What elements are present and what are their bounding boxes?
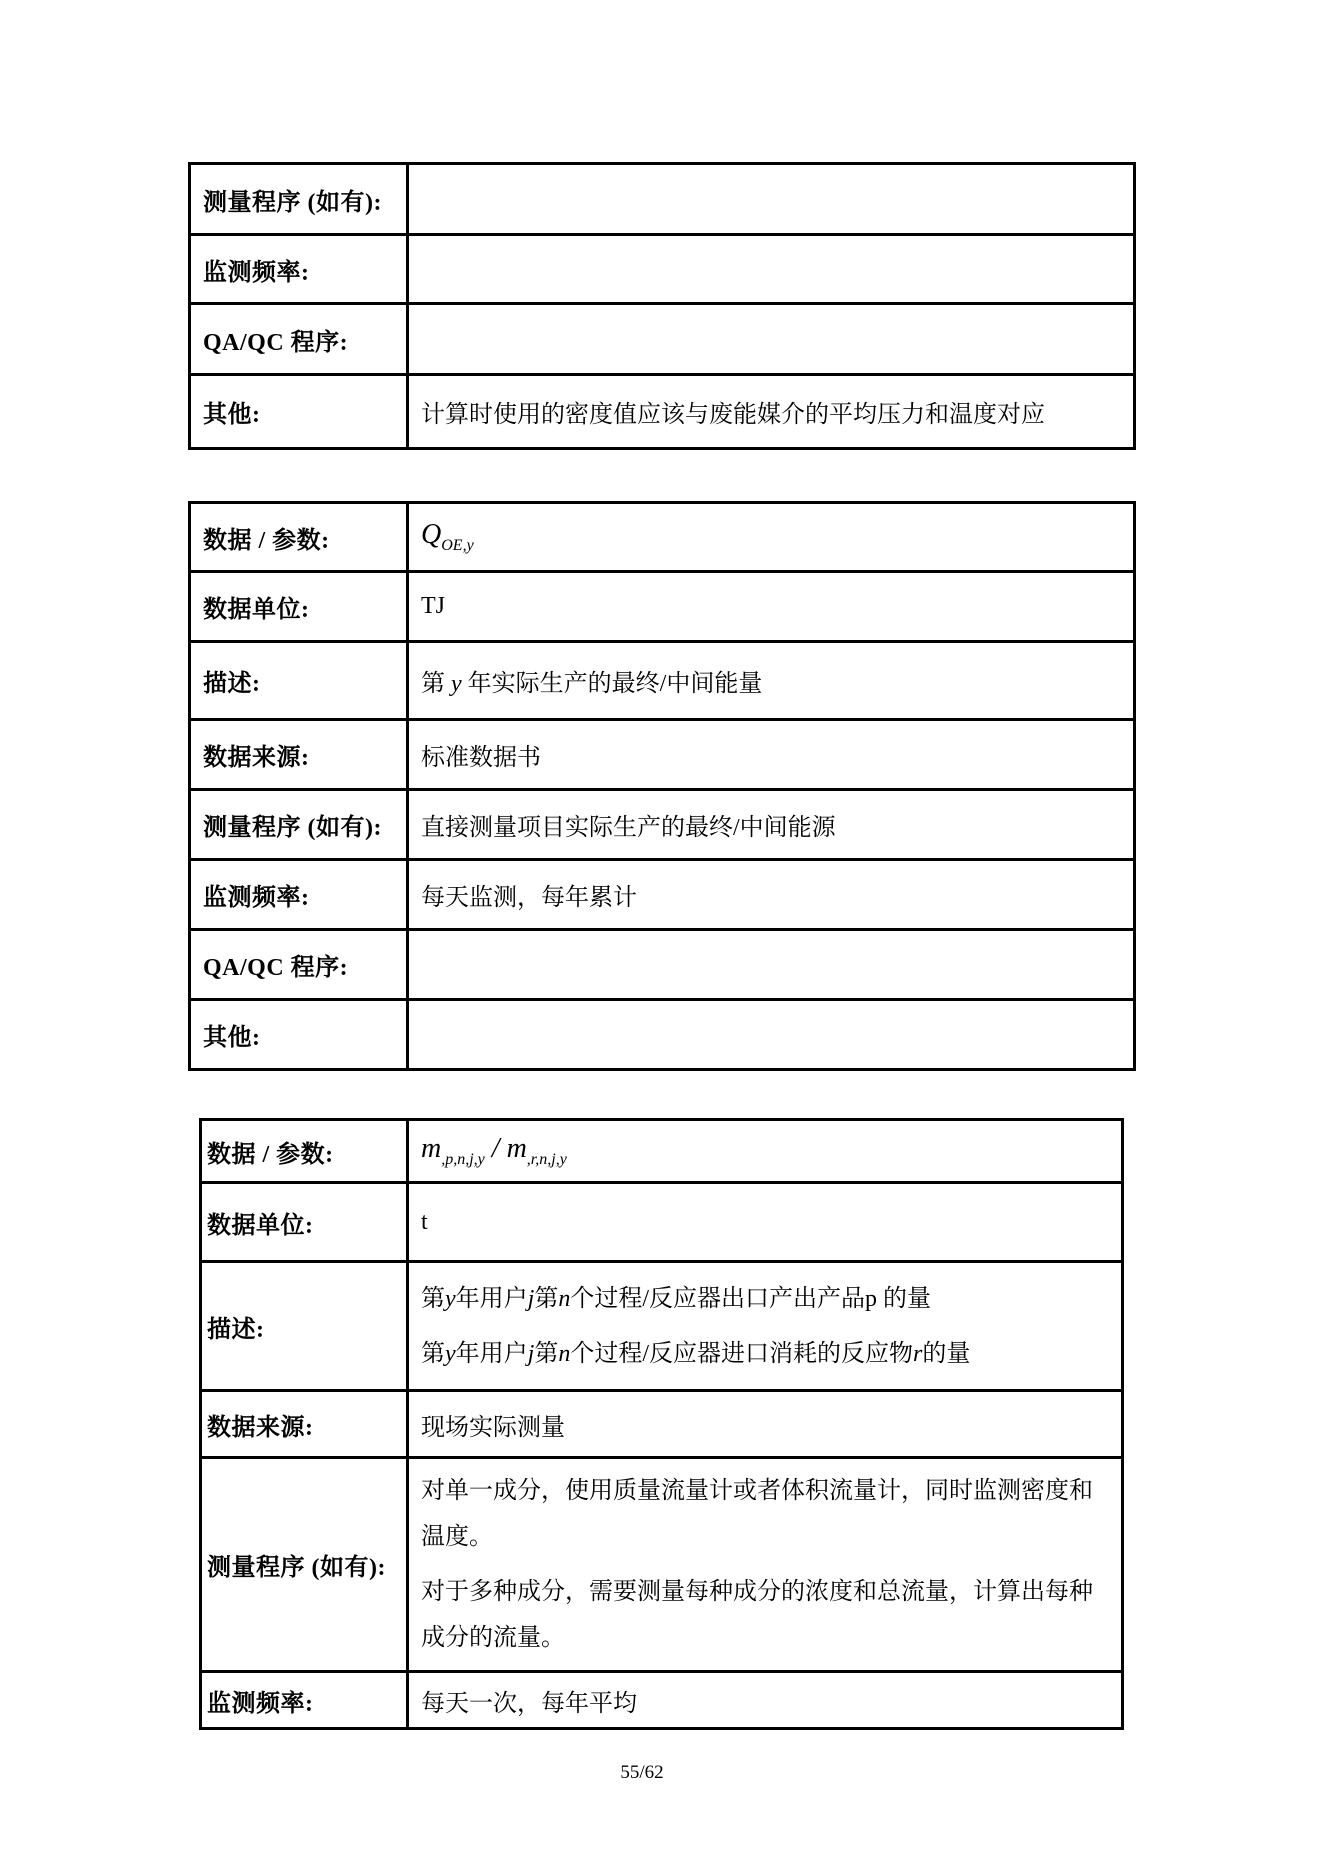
table-row: 测量程序 (如有): 对单一成分，使用质量流量计或者体积流量计，同时监测密度和温… [201, 1458, 1123, 1672]
table-row: 其他: [190, 1000, 1135, 1070]
row-label-measurement-procedure: 测量程序 (如有): [190, 164, 408, 235]
table-row: 测量程序 (如有): [190, 164, 1135, 235]
row-label-data-source: 数据来源: [190, 720, 408, 790]
row-value-data-unit: t [408, 1183, 1123, 1262]
table-row: 监测频率: 每天一次，每年平均 [201, 1672, 1123, 1729]
row-label-qaqc-procedure: QA/QC 程序: [190, 930, 408, 1000]
table-row: QA/QC 程序: [190, 930, 1135, 1000]
row-value-measurement-procedure [408, 164, 1135, 235]
row-label-other: 其他: [190, 1000, 408, 1070]
table-row: 数据 / 参数: m,p,n,j,y / m,r,n,j,y [201, 1120, 1123, 1183]
table-row: 监测频率: [190, 235, 1135, 304]
row-value-data-parameter: QOE,y [408, 503, 1135, 572]
monitoring-parameter-table-1: 测量程序 (如有): 监测频率: QA/QC 程序: 其他: 计算时使用的密度值… [188, 162, 1136, 450]
page-number: 55/62 [0, 1762, 1284, 1784]
row-label-data-unit: 数据单位: [201, 1183, 408, 1262]
table-row: 数据单位: t [201, 1183, 1123, 1262]
table-row: QA/QC 程序: [190, 304, 1135, 375]
monitoring-parameter-table-3: 数据 / 参数: m,p,n,j,y / m,r,n,j,y 数据单位: t 描… [199, 1118, 1124, 1730]
row-value-measurement-procedure: 直接测量项目实际生产的最终/中间能源 [408, 790, 1135, 860]
row-value-other: 计算时使用的密度值应该与废能媒介的平均压力和温度对应 [408, 375, 1135, 449]
row-value-data-parameter: m,p,n,j,y / m,r,n,j,y [408, 1120, 1123, 1183]
row-label-monitoring-frequency: 监测频率: [190, 235, 408, 304]
row-value-monitoring-frequency: 每天监测，每年累计 [408, 860, 1135, 930]
row-value-monitoring-frequency: 每天一次，每年平均 [408, 1672, 1123, 1729]
row-label-description: 描述: [201, 1262, 408, 1391]
row-label-measurement-procedure: 测量程序 (如有): [201, 1458, 408, 1672]
row-value-qaqc-procedure [408, 930, 1135, 1000]
row-label-other: 其他: [190, 375, 408, 449]
row-label-data-unit: 数据单位: [190, 572, 408, 642]
row-label-data-parameter: 数据 / 参数: [190, 503, 408, 572]
row-label-data-parameter: 数据 / 参数: [201, 1120, 408, 1183]
row-value-monitoring-frequency [408, 235, 1135, 304]
table-row: 数据来源: 标准数据书 [190, 720, 1135, 790]
table-row: 数据单位: TJ [190, 572, 1135, 642]
table-row: 描述: 第 y 年实际生产的最终/中间能量 [190, 642, 1135, 720]
row-value-data-unit: TJ [408, 572, 1135, 642]
row-label-monitoring-frequency: 监测频率: [190, 860, 408, 930]
table-row: 测量程序 (如有): 直接测量项目实际生产的最终/中间能源 [190, 790, 1135, 860]
row-value-qaqc-procedure [408, 304, 1135, 375]
table-row: 数据来源: 现场实际测量 [201, 1391, 1123, 1458]
row-label-measurement-procedure: 测量程序 (如有): [190, 790, 408, 860]
table-row: 数据 / 参数: QOE,y [190, 503, 1135, 572]
row-label-monitoring-frequency: 监测频率: [201, 1672, 408, 1729]
row-value-other [408, 1000, 1135, 1070]
row-value-description: 第y年用户j第n个过程/反应器出口产出产品p 的量第y年用户j第n个过程/反应器… [408, 1262, 1123, 1391]
row-label-qaqc-procedure: QA/QC 程序: [190, 304, 408, 375]
row-value-data-source: 标准数据书 [408, 720, 1135, 790]
monitoring-parameter-table-2: 数据 / 参数: QOE,y 数据单位: TJ 描述: 第 y 年实际生产的最终… [188, 501, 1136, 1071]
row-value-description: 第 y 年实际生产的最终/中间能量 [408, 642, 1135, 720]
row-label-description: 描述: [190, 642, 408, 720]
row-label-data-source: 数据来源: [201, 1391, 408, 1458]
document-page: { "page": { "footer": "55/62" }, "tables… [0, 0, 1323, 1871]
row-value-data-source: 现场实际测量 [408, 1391, 1123, 1458]
table-row: 监测频率: 每天监测，每年累计 [190, 860, 1135, 930]
table-row: 其他: 计算时使用的密度值应该与废能媒介的平均压力和温度对应 [190, 375, 1135, 449]
table-row: 描述: 第y年用户j第n个过程/反应器出口产出产品p 的量第y年用户j第n个过程… [201, 1262, 1123, 1391]
row-value-measurement-procedure: 对单一成分，使用质量流量计或者体积流量计，同时监测密度和温度。对于多种成分，需要… [408, 1458, 1123, 1672]
